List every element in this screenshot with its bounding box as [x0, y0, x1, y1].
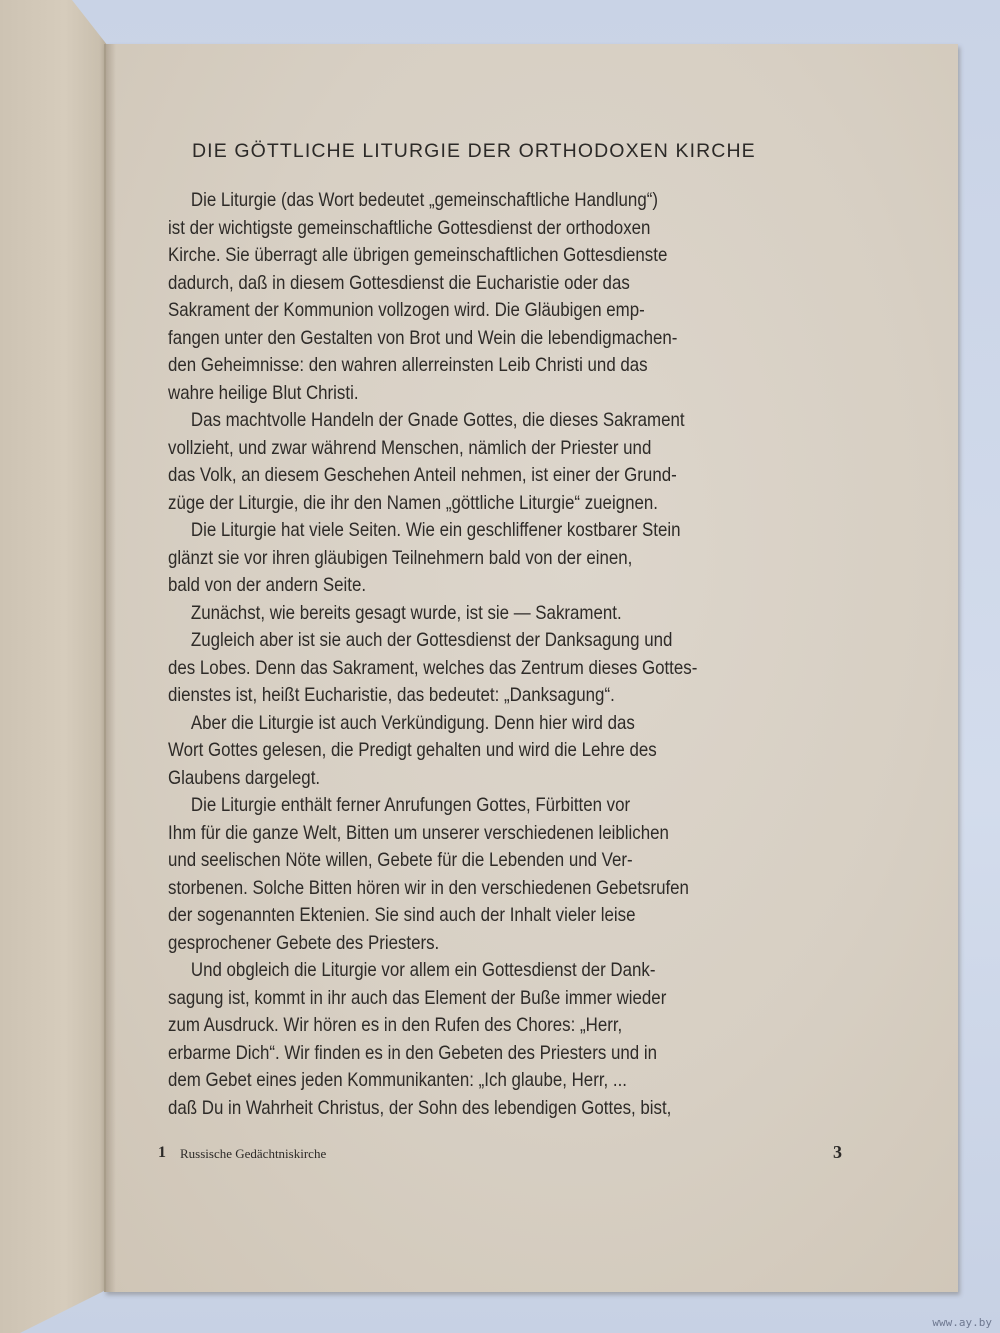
paragraph: Die Liturgie (das Wort bedeutet „gemeins…	[168, 187, 837, 407]
text-line: züge der Liturgie, die ihr den Namen „gö…	[168, 490, 837, 518]
body-text: Die Liturgie (das Wort bedeutet „gemeins…	[168, 187, 837, 1122]
signature-number: 1	[158, 1144, 166, 1162]
text-line: der sogenannten Ektenien. Sie sind auch …	[168, 902, 837, 930]
text-line: Zunächst, wie bereits gesagt wurde, ist …	[168, 600, 837, 628]
text-line: fangen unter den Gestalten von Brot und …	[168, 325, 837, 353]
text-line: Ihm für die ganze Welt, Bitten um unsere…	[168, 820, 837, 848]
text-line: Die Liturgie enthält ferner Anrufungen G…	[168, 792, 837, 820]
watermark: www.ay.by	[932, 1316, 992, 1329]
page-footer: 1 Russische Gedächtniskirche 3	[158, 1142, 842, 1166]
text-line: Die Liturgie (das Wort bedeutet „gemeins…	[168, 187, 837, 215]
book-page: DIE GÖTTLICHE LITURGIE DER ORTHODOXEN KI…	[104, 44, 958, 1292]
text-line: dienstes ist, heißt Eucharistie, das bed…	[168, 682, 837, 710]
text-line: daß Du in Wahrheit Christus, der Sohn de…	[168, 1095, 837, 1123]
paragraph: Und obgleich die Liturgie vor allem ein …	[168, 957, 837, 1122]
left-facing-page	[0, 0, 108, 1333]
text-line: Zugleich aber ist sie auch der Gottesdie…	[168, 627, 837, 655]
text-line: Wort Gottes gelesen, die Predigt gehalte…	[168, 737, 837, 765]
text-line: Aber die Liturgie ist auch Verkündigung.…	[168, 710, 837, 738]
text-line: wahre heilige Blut Christi.	[168, 380, 837, 408]
text-line: das Volk, an diesem Geschehen Anteil neh…	[168, 462, 837, 490]
text-line: Das machtvolle Handeln der Gnade Gottes,…	[168, 407, 837, 435]
paragraph: Das machtvolle Handeln der Gnade Gottes,…	[168, 407, 837, 517]
text-line: und seelischen Nöte willen, Gebete für d…	[168, 847, 837, 875]
paragraph: Die Liturgie hat viele Seiten. Wie ein g…	[168, 517, 837, 600]
paragraph: Zugleich aber ist sie auch der Gottesdie…	[168, 627, 837, 710]
paragraph: Die Liturgie enthält ferner Anrufungen G…	[168, 792, 837, 957]
page-title: DIE GÖTTLICHE LITURGIE DER ORTHODOXEN KI…	[192, 140, 842, 163]
text-line: ist der wichtigste gemeinschaftliche Got…	[168, 215, 837, 243]
text-line: erbarme Dich“. Wir finden es in den Gebe…	[168, 1040, 837, 1068]
text-line: sagung ist, kommt in ihr auch das Elemen…	[168, 985, 837, 1013]
text-line: zum Ausdruck. Wir hören es in den Rufen …	[168, 1012, 837, 1040]
text-line: den Geheimnisse: den wahren allerreinste…	[168, 352, 837, 380]
text-line: gesprochener Gebete des Priesters.	[168, 930, 837, 958]
text-line: storbenen. Solche Bitten hören wir in de…	[168, 875, 837, 903]
text-line: Glaubens dargelegt.	[168, 765, 837, 793]
text-line: glänzt sie vor ihren gläubigen Teilnehme…	[168, 545, 837, 573]
page-number: 3	[833, 1142, 842, 1163]
paragraph: Aber die Liturgie ist auch Verkündigung.…	[168, 710, 837, 793]
text-line: des Lobes. Denn das Sakrament, welches d…	[168, 655, 837, 683]
text-line: bald von der andern Seite.	[168, 572, 837, 600]
text-line: Und obgleich die Liturgie vor allem ein …	[168, 957, 837, 985]
text-line: Die Liturgie hat viele Seiten. Wie ein g…	[168, 517, 837, 545]
text-line: dem Gebet eines jeden Kommunikanten: „Ic…	[168, 1067, 837, 1095]
paragraph: Zunächst, wie bereits gesagt wurde, ist …	[168, 600, 837, 628]
text-line: vollzieht, und zwar während Menschen, nä…	[168, 435, 837, 463]
text-line: Kirche. Sie überragt alle übrigen gemein…	[168, 242, 837, 270]
signature-label: Russische Gedächtniskirche	[180, 1146, 326, 1162]
text-line: Sakrament der Kommunion vollzogen wird. …	[168, 297, 837, 325]
text-line: dadurch, daß in diesem Gottesdienst die …	[168, 270, 837, 298]
